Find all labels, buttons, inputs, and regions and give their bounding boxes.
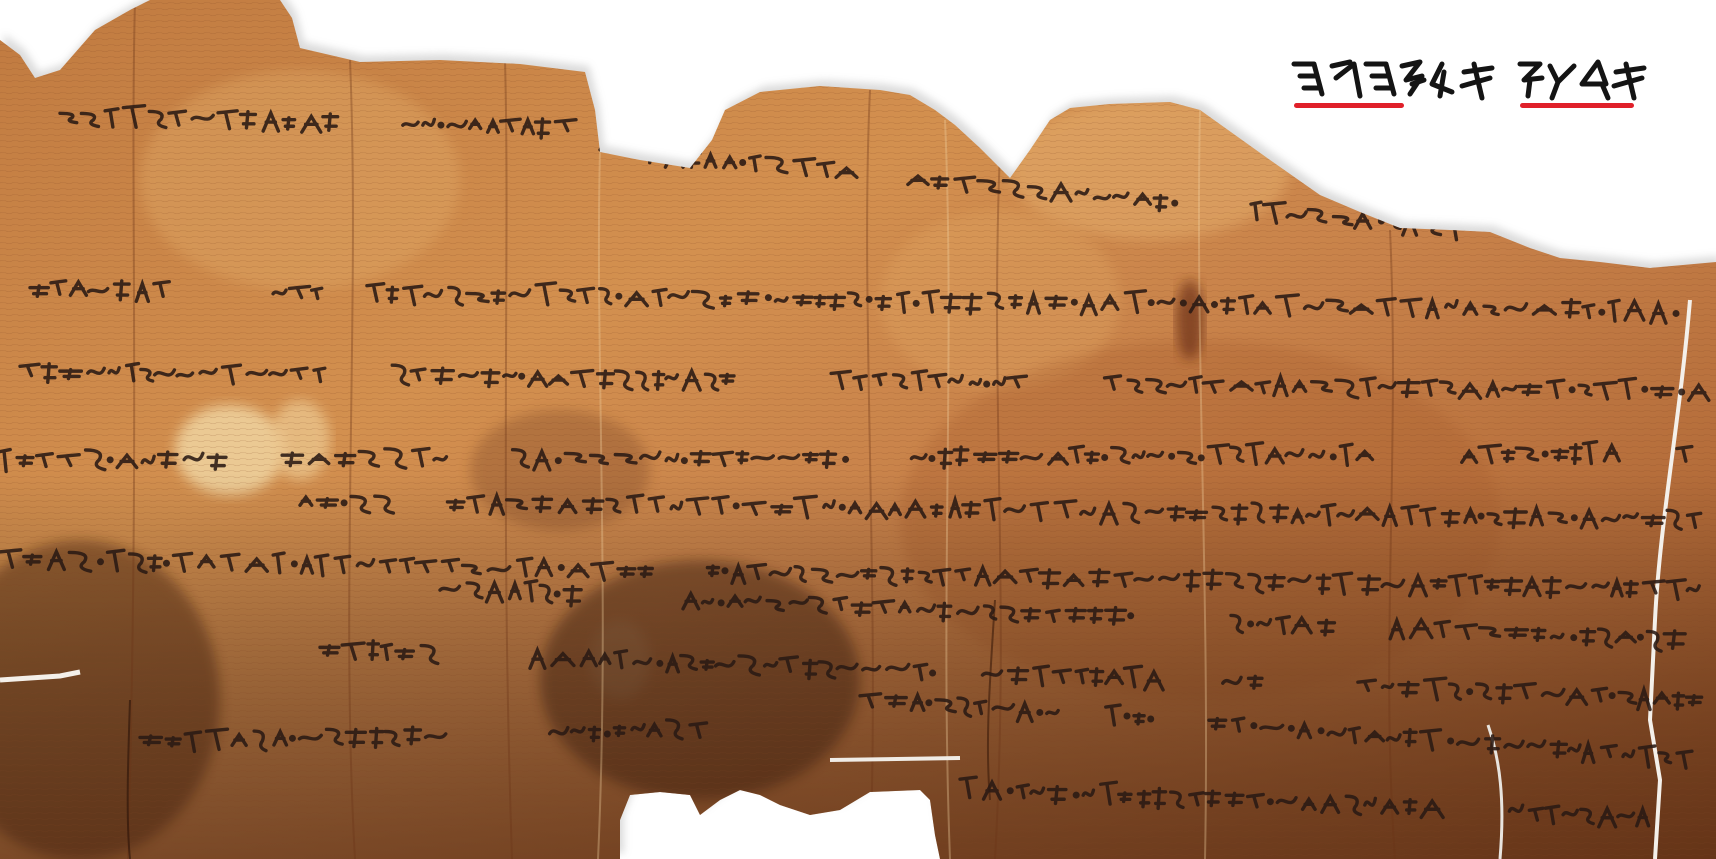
word-divider-dot [930, 457, 934, 461]
word-divider-dot [1600, 310, 1604, 314]
word-divider-dot [556, 459, 560, 463]
word-divider-dot [1125, 714, 1129, 718]
word-divider-dot [844, 458, 848, 462]
word-divider-dot [867, 298, 871, 302]
word-divider-dot [1149, 717, 1153, 721]
word-divider-dot [1149, 301, 1153, 305]
word-divider-dot [840, 505, 844, 509]
word-divider-dot [767, 296, 771, 300]
word-divider-dot [1319, 729, 1323, 733]
word-divider-dot [914, 302, 918, 306]
word-divider-dot [617, 294, 621, 298]
word-divider-dot [520, 374, 524, 378]
annotation-underline-2 [1520, 103, 1634, 108]
word-divider-dot [1074, 793, 1078, 797]
word-divider-dot [931, 671, 935, 675]
annotation-word-adny [1520, 62, 1644, 98]
word-divider-dot [1680, 390, 1684, 394]
word-divider-dot [293, 562, 297, 566]
word-divider-dot [734, 504, 738, 508]
word-divider-dot [555, 592, 559, 596]
annotation-word-yhwh [1294, 62, 1424, 96]
transcription-annotation [1294, 62, 1644, 108]
word-divider-dot [1331, 455, 1335, 459]
word-divider-dot [1129, 614, 1133, 618]
word-divider-dot [1573, 516, 1577, 520]
word-divider-dot [683, 459, 687, 463]
word-divider-dot [1249, 622, 1253, 626]
word-divider-dot [723, 569, 727, 573]
word-divider-dot [1213, 303, 1217, 307]
word-divider-dot [1038, 711, 1042, 715]
word-divider-dot [108, 458, 112, 462]
word-divider-dot [1643, 387, 1647, 391]
word-divider-dot [99, 560, 103, 564]
annotation-underline-1 [1294, 103, 1404, 108]
word-divider-dot [606, 732, 610, 736]
word-divider-dot [1173, 201, 1177, 205]
annotation-word-el [1432, 64, 1492, 98]
word-divider-dot [1639, 635, 1643, 639]
word-divider-dot [658, 662, 662, 666]
word-divider-dot [1570, 388, 1574, 392]
word-divider-dot [1449, 739, 1453, 743]
word-divider-dot [1252, 724, 1256, 728]
word-divider-dot [291, 737, 295, 741]
word-divider-dot [342, 501, 346, 505]
word-divider-dot [1182, 301, 1186, 305]
word-divider-dot [741, 161, 745, 165]
word-divider-dot [1008, 789, 1012, 793]
word-divider-dot [1290, 727, 1294, 731]
word-divider-dot [1269, 800, 1273, 804]
word-divider-dot [1103, 456, 1107, 460]
word-divider-dot [1468, 690, 1472, 694]
word-divider-dot [1674, 312, 1678, 316]
word-divider-dot [1170, 454, 1174, 458]
word-divider-dot [1543, 452, 1547, 456]
word-divider-dot [985, 382, 989, 386]
word-divider-dot [439, 123, 443, 127]
word-divider-dot [1073, 300, 1077, 304]
word-divider-dot [1572, 636, 1576, 640]
word-divider-dot [1479, 514, 1483, 518]
word-divider-dot [1199, 456, 1203, 460]
word-divider-dot [559, 566, 563, 570]
word-divider-dot [719, 601, 723, 605]
word-divider-dot [1610, 694, 1614, 698]
word-divider-dot [927, 701, 931, 705]
scroll-photograph [0, 0, 1716, 859]
word-divider-dot [165, 561, 169, 565]
